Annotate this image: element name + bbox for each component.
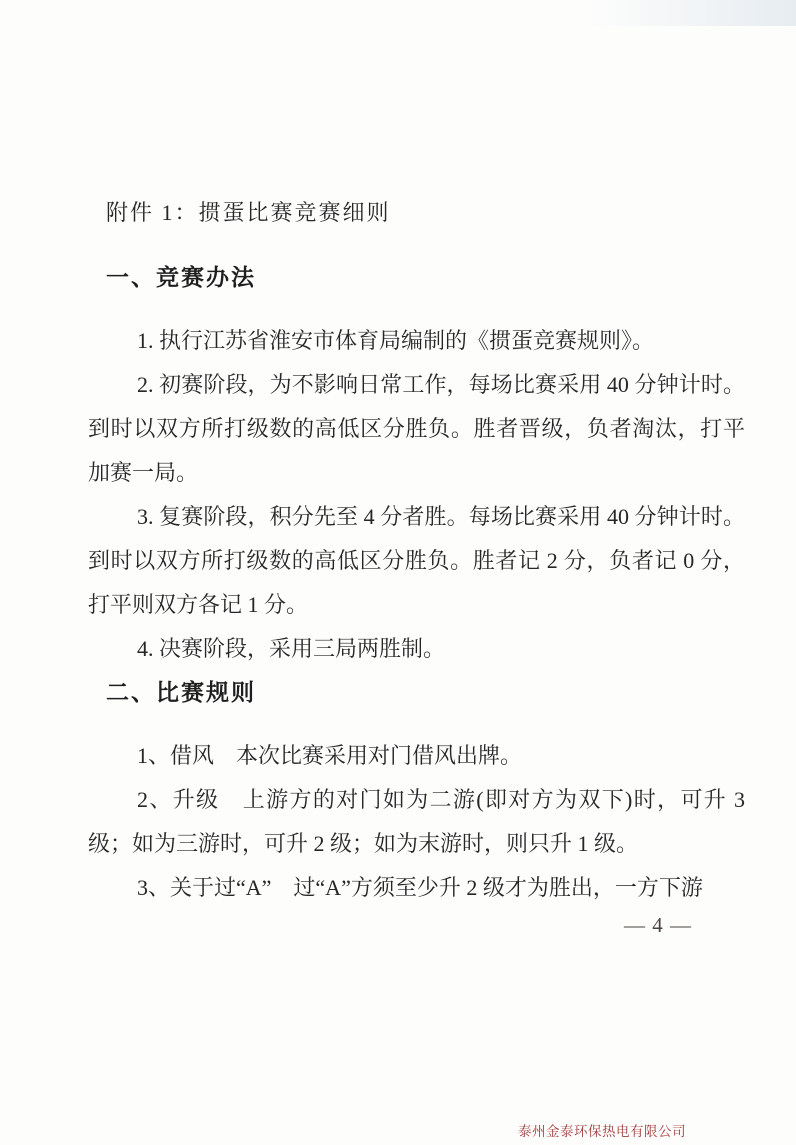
section-1-paragraph-2: 2. 初赛阶段，为不影响日常工作，每场比赛采用 40 分钟计时。到时以双方所打级…	[88, 363, 745, 495]
footer-company-stamp: 泰州金泰环保热电有限公司	[518, 1122, 686, 1142]
section-1-paragraph-4: 4. 决赛阶段，采用三局两胜制。	[88, 627, 745, 671]
section-1-paragraph-3: 3. 复赛阶段，积分先至 4 分者胜。每场比赛采用 40 分钟计时。到时以双方所…	[88, 495, 745, 627]
section-2-paragraph-3: 3、关于过“A” 过“A”方须至少升 2 级才为胜出，一方下游	[88, 866, 745, 910]
attachment-title: 附件 1：掼蛋比赛竞赛细则	[106, 191, 745, 235]
section-1-heading: 一、竞赛办法	[106, 256, 745, 300]
section-2-heading: 二、比赛规则	[106, 671, 745, 715]
section-1-paragraph-1: 1. 执行江苏省淮安市体育局编制的《掼蛋竞赛规则》。	[88, 319, 745, 363]
scan-smudge-artifact	[496, 0, 796, 26]
document-content: 附件 1：掼蛋比赛竞赛细则 一、竞赛办法 1. 执行江苏省淮安市体育局编制的《掼…	[88, 191, 745, 940]
document-page: 附件 1：掼蛋比赛竞赛细则 一、竞赛办法 1. 执行江苏省淮安市体育局编制的《掼…	[0, 0, 796, 1145]
section-2-paragraph-1: 1、借风 本次比赛采用对门借风出牌。	[88, 734, 745, 778]
section-2-paragraph-2: 2、升级 上游方的对门如为二游(即对方为双下)时，可升 3 级；如为三游时，可升…	[88, 778, 745, 866]
page-number: — 4 —	[88, 910, 745, 940]
